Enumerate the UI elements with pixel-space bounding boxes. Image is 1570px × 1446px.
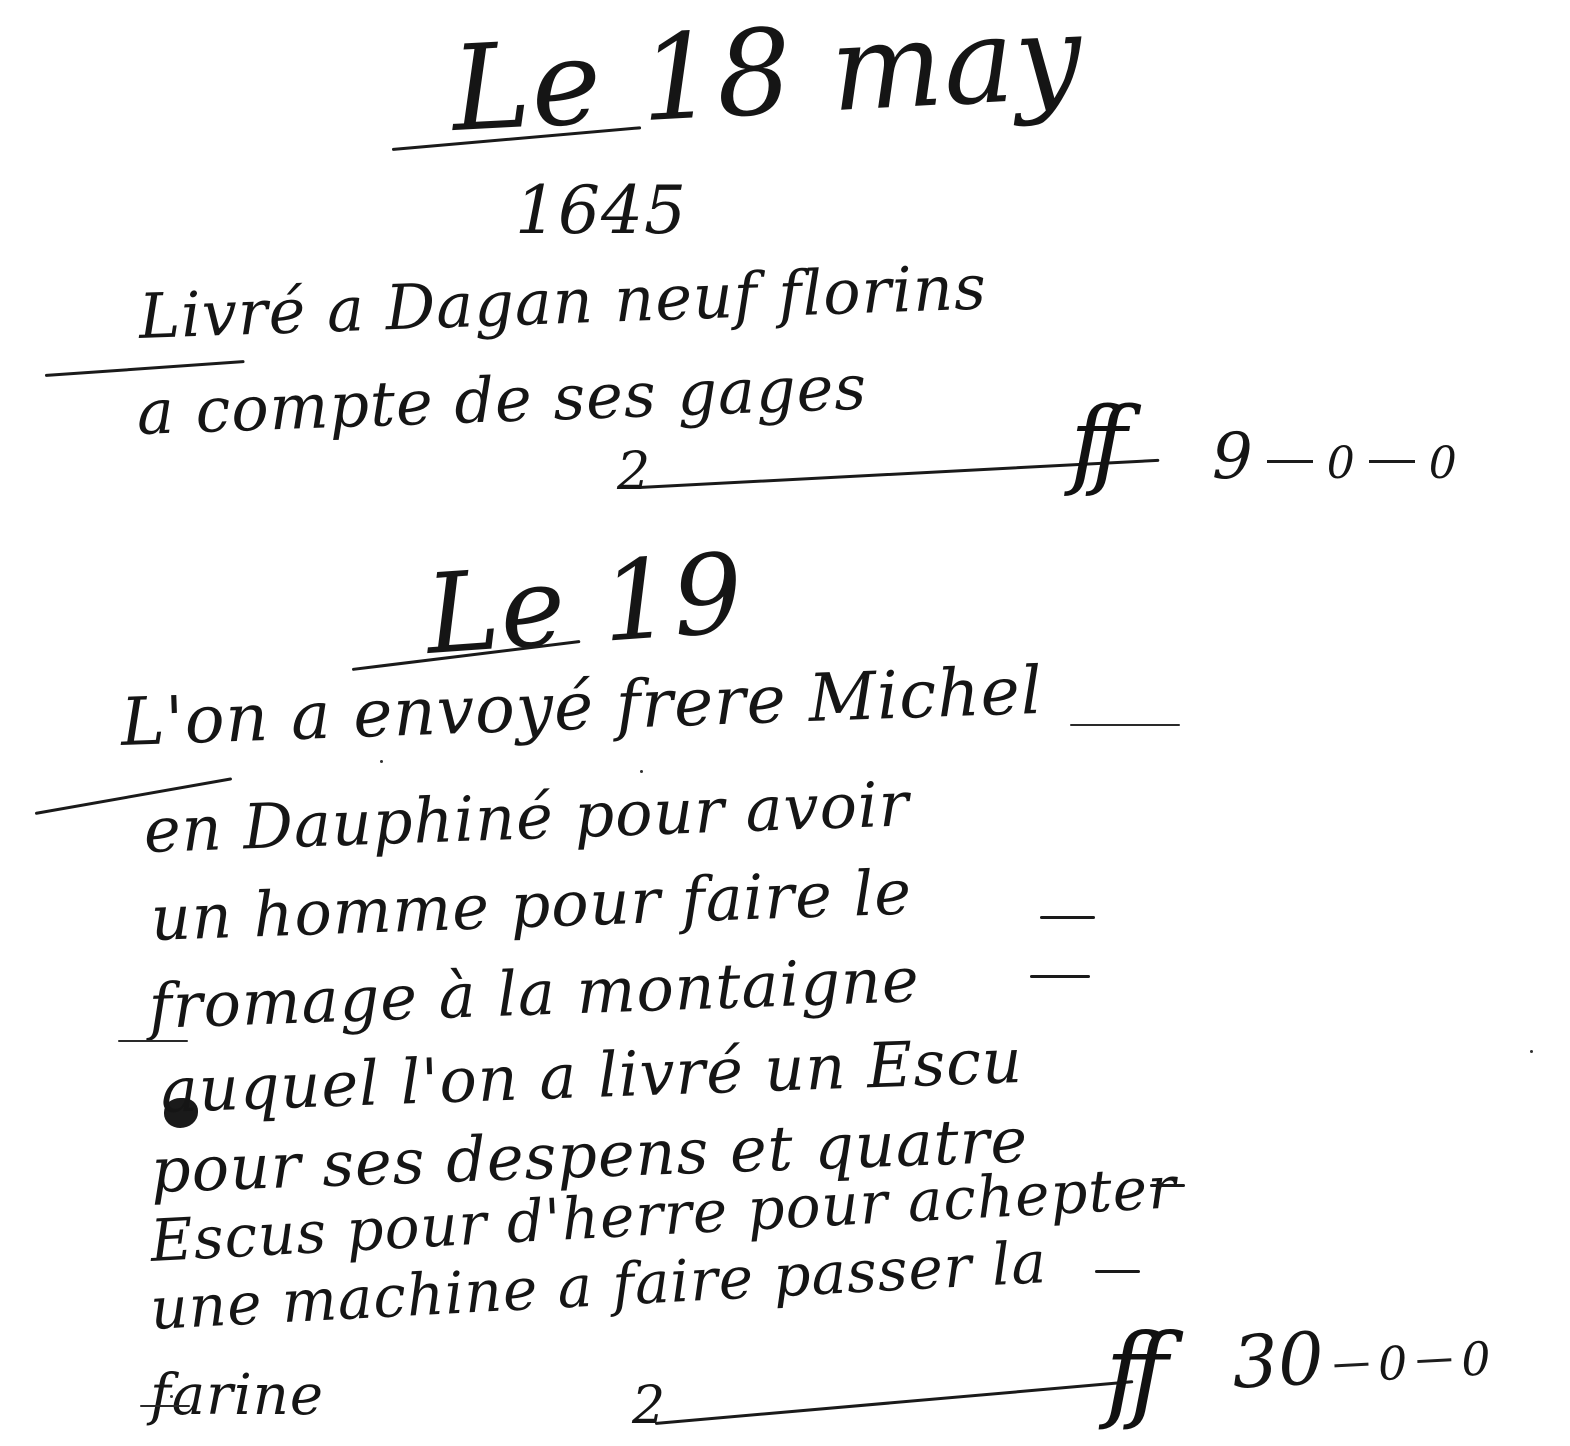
entry-2-amount-livres: 30 [1230, 1316, 1326, 1405]
scan-speck [380, 760, 383, 763]
entry-2-line-3-tail [1040, 916, 1095, 919]
scan-speck [1530, 1050, 1533, 1053]
entry-2-line-9-crossbar [140, 1405, 190, 1407]
ledger-page: Le 18 may 1645 Livré a Dagan neuf florin… [0, 0, 1570, 1446]
entry-1-margin-mark: 2 [617, 446, 650, 498]
entry-2-line-8-tail [1095, 1270, 1140, 1273]
entry-1-line-2: a compte de ses gages [136, 357, 868, 444]
entry-2-amount: 3000 [1230, 1313, 1492, 1398]
entry-2-line-7-tail [1150, 1184, 1185, 1187]
entry-2-total-leader-line [655, 1380, 1133, 1425]
entry-2-livres-symbol: ff [1105, 1320, 1154, 1424]
entry-1-year: 1645 [515, 178, 687, 244]
entry-2-line-9: farine [150, 1368, 324, 1424]
entry-1-amount-sols: 0 [1327, 438, 1355, 489]
scan-speck [170, 1395, 173, 1398]
amount-separator [1369, 460, 1415, 463]
entry-1-date-heading: Le 18 may [449, 0, 1086, 148]
entry-2-line-2: en Dauphiné pour avoir [143, 773, 910, 862]
entry-2-line-3: un homme pour faire le [150, 861, 913, 950]
entry-2-line-4-tail [1030, 975, 1090, 978]
entry-2-line-4: fromage à la montaigne [148, 949, 921, 1038]
entry-2-date-heading: Le 19 [422, 538, 747, 670]
amount-separator [1334, 1363, 1368, 1368]
amount-separator [1267, 460, 1313, 463]
scan-speck [640, 770, 643, 773]
entry-2-line-4-flourish [118, 1040, 188, 1042]
entry-1-amount: 900 [1212, 425, 1457, 489]
entry-1-amount-deniers: 0 [1429, 438, 1457, 489]
entry-2-amount-deniers: 0 [1460, 1331, 1492, 1386]
entry-2-line-1-tail [1070, 724, 1180, 726]
entry-1-line-1: Livré a Dagan neuf florins [138, 256, 988, 348]
entry-2-line-1: L'on a envoyé frere Michel [120, 658, 1044, 756]
amount-separator [1417, 1358, 1451, 1363]
entry-1-livres-symbol: ff [1070, 395, 1113, 491]
entry-2-amount-sols: 0 [1377, 1336, 1409, 1391]
entry-1-amount-livres: 9 [1212, 420, 1253, 494]
